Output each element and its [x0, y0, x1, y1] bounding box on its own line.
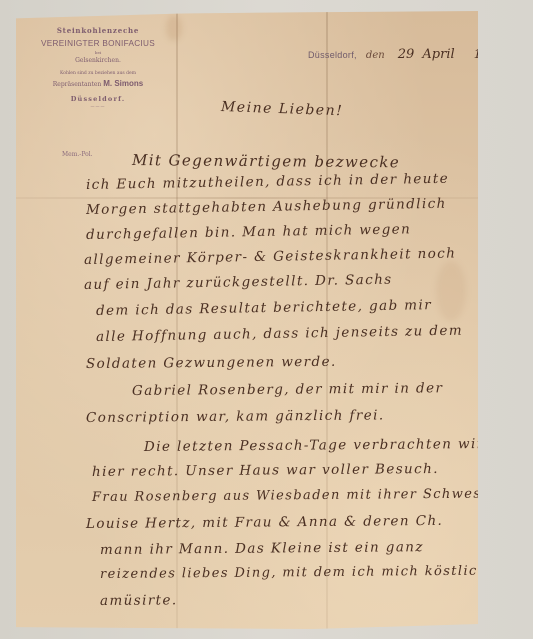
letter-line: durchgefallen bin. Man hat mich wegen	[86, 221, 411, 243]
date-month: April	[422, 47, 454, 62]
date-city: Düsseldorf,	[308, 50, 357, 60]
letterhead-representative-name: M. Simons	[103, 79, 143, 88]
letter-line: amüsirte.	[100, 592, 178, 609]
letter-line: hier recht. Unser Haus war voller Besuch…	[92, 461, 439, 480]
paper-stain	[436, 261, 466, 321]
letterhead-sales-note: Kohlen sind zu beziehen aus dem	[38, 72, 158, 77]
letter-line: Conscription war, kam gänzlich frei.	[86, 407, 385, 426]
letter-line: Frau Rosenberg aus Wiesbaden mit ihrer S…	[92, 486, 505, 505]
letter-line: Mit Gegenwärtigem bezwecke	[132, 151, 400, 171]
letterhead-rule: ———	[38, 104, 158, 108]
letter-line: auf ein Jahr zurückgestellt. Dr. Sachs	[84, 272, 393, 293]
dateline: Düsseldorf, den 29 April 187?	[308, 43, 503, 62]
letter-line: allgemeiner Körper- & Geisteskrankheit n…	[84, 246, 457, 268]
letterhead-company-top: Steinkohlenzeche	[38, 27, 158, 34]
letterhead-company-city: Gelsenkirchen.	[38, 58, 158, 64]
letter-line: Louise Hertz, mit Frau & Anna & deren Ch…	[86, 513, 443, 532]
letter-line: Gabriel Rosenberg, der mit mir in der	[132, 380, 443, 399]
letterhead-representative-prefix: Repräsentanten	[53, 81, 102, 88]
letter-sheet: Steinkohlenzeche VEREINIGTER BONIFACIUS …	[16, 11, 478, 629]
letterhead-reference: Mem.-Pol.	[62, 151, 93, 158]
letter-line: reizendes liebes Ding, mit dem ich mich …	[100, 564, 488, 582]
date-day: 29	[398, 47, 415, 62]
letterhead-bei: bei	[38, 51, 158, 55]
letter-line: mann ihr Mann. Das Kleine ist ein ganz	[100, 539, 424, 558]
letterhead-company-name: VEREINIGTER BONIFACIUS	[38, 40, 158, 48]
letter-line: ich Euch mitzutheilen, dass ich in der h…	[86, 171, 449, 193]
date-den: den	[366, 50, 385, 61]
letterhead-representative: Repräsentanten M. Simons	[38, 80, 158, 88]
paper-fold-vertical-left	[176, 11, 178, 629]
letterhead: Steinkohlenzeche VEREINIGTER BONIFACIUS …	[38, 27, 158, 108]
letter-line: Soldaten Gezwungenen werde.	[86, 354, 337, 372]
paper-stain	[166, 15, 182, 41]
letterhead-office-city: Düsseldorf.	[38, 96, 158, 103]
salutation: Meine Lieben!	[221, 99, 344, 119]
letter-line: alle Hoffnung auch, dass ich jenseits zu…	[96, 323, 463, 345]
letter-line: Die letzten Pessach-Tage verbrachten wir	[144, 436, 485, 455]
letter-line: dem ich das Resultat berichtete, gab mir	[96, 297, 432, 319]
letter-line: Morgen stattgehabten Aushebung gründlich	[86, 196, 447, 218]
